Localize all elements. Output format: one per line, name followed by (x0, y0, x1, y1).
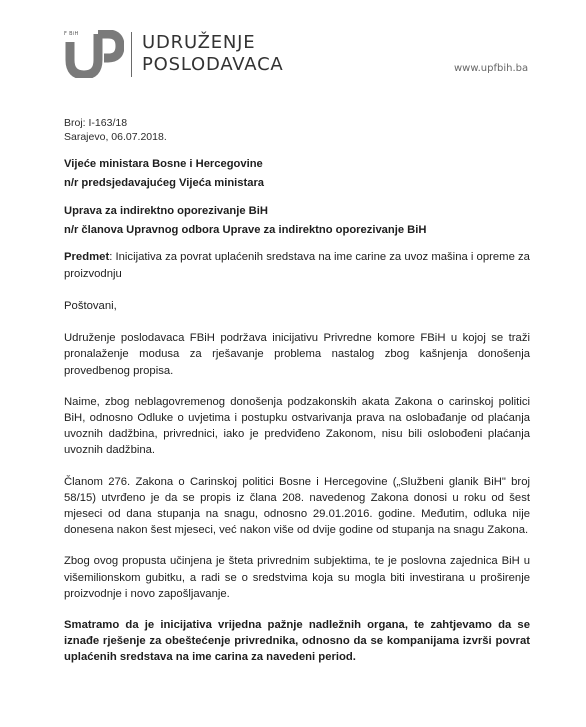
paragraph-support: Udruženje poslodavaca FBiH podržava inic… (64, 330, 530, 379)
recipient-line: Uprava za indirektno oporezivanje BiH (64, 202, 530, 221)
recipient-indirect-taxation-authority: Uprava za indirektno oporezivanje BiH n/… (64, 202, 530, 240)
subject: Predmet: Inicijativa za povrat uplaćenih… (64, 249, 530, 282)
website-link[interactable]: www.upfbih.ba (454, 63, 528, 74)
recipient-attention-line: n/r predsjedavajućeg Vijeća ministara (64, 174, 530, 193)
up-logo-icon (64, 30, 124, 78)
logo-divider (131, 32, 132, 77)
place-date: Sarajevo, 06.07.2018. (64, 130, 530, 144)
organization-name: UDRUŽENJE POSLODAVACA (142, 32, 284, 76)
letterhead: F BiH UDRUŽENJE POSLODAVACA www.upfbih.b… (0, 0, 586, 100)
subject-label: Predmet (64, 251, 109, 263)
recipient-council-of-ministers: Vijeće ministara Bosne i Hercegovine n/r… (64, 155, 530, 193)
paragraph-request: Smatramo da je inicijativa vrijedna pažn… (64, 617, 530, 666)
letter-body: Broj: I-163/18 Sarajevo, 06.07.2018. Vij… (64, 116, 530, 681)
fbih-label: F BiH (64, 31, 79, 37)
recipient-attention-line: n/r članova Upravnog odbora Uprave za in… (64, 221, 530, 240)
document-number: Broj: I-163/18 (64, 116, 530, 130)
org-name-line1: UDRUŽENJE (142, 32, 284, 54)
subject-text: : Inicijativa za povrat uplaćenih sredst… (64, 251, 530, 280)
recipient-line: Vijeće ministara Bosne i Hercegovine (64, 155, 530, 174)
paragraph-damage: Zbog ovog propusta učinjena je šteta pri… (64, 553, 530, 602)
paragraph-background: Naime, zbog neblagovremenog donošenja po… (64, 394, 530, 459)
document-meta: Broj: I-163/18 Sarajevo, 06.07.2018. (64, 116, 530, 144)
paragraph-legal-basis: Članom 276. Zakona o Carinskoj politici … (64, 474, 530, 539)
salutation: Poštovani, (64, 298, 530, 314)
org-name-line2: POSLODAVACA (142, 54, 284, 76)
